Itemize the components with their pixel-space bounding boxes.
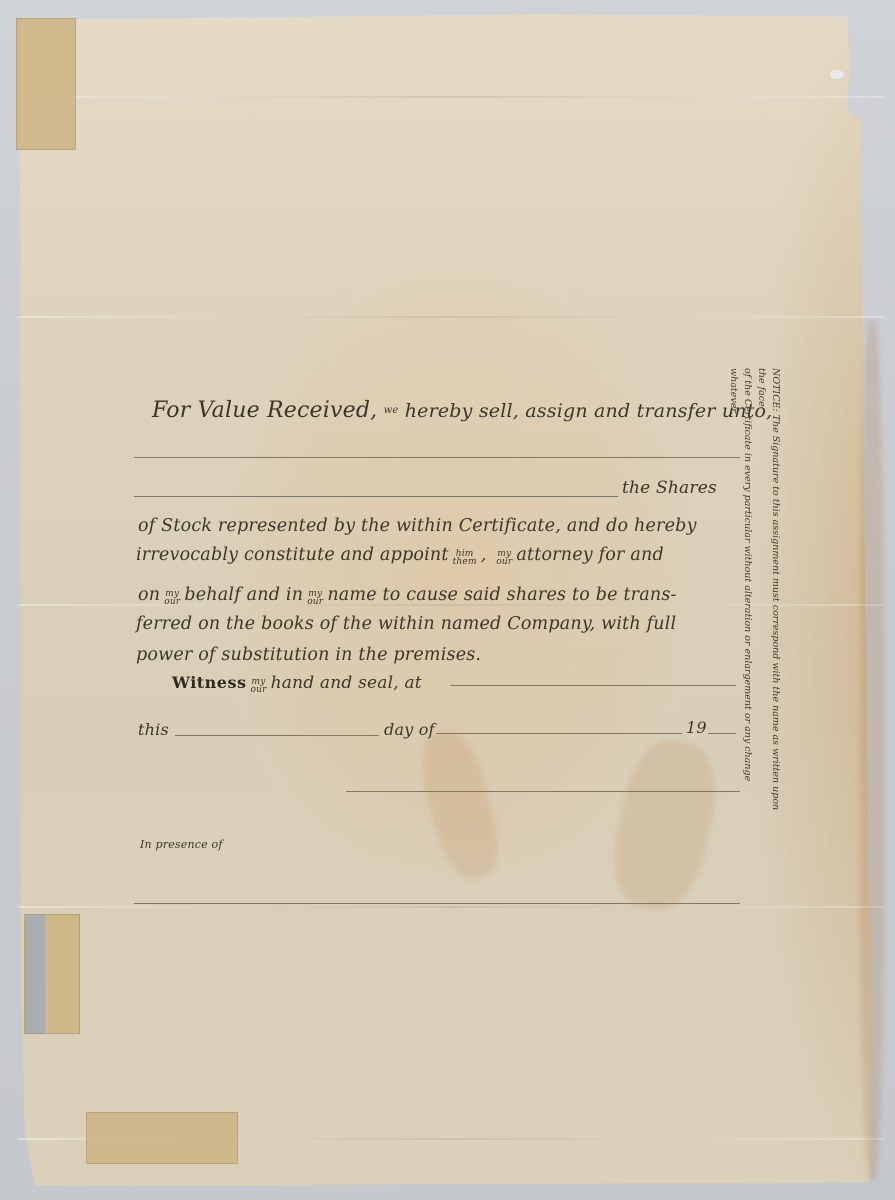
transfer-text: hereby sell, assign and transfer unto <box>405 400 766 422</box>
heading-for-value-received: For Value Received, <box>152 398 377 423</box>
day-line[interactable] <box>175 735 379 736</box>
notice-line-1: NOTICE: The Signature to this assignment… <box>754 368 782 828</box>
pronoun-we: we <box>384 405 399 416</box>
transfer-line-4: irrevocably constitute and appointhimthe… <box>136 545 664 566</box>
transfer-line-5: onmyourbehalf and inmyourname to cause s… <box>138 585 677 606</box>
on-text: on <box>138 585 160 605</box>
tape-strip-top-left <box>16 18 76 150</box>
tape-strip-left <box>24 914 80 1034</box>
paper-hole <box>830 70 844 79</box>
him-them-stack: himthem <box>453 550 477 566</box>
witness-signature-line[interactable] <box>134 903 740 904</box>
witness-row: Witnessmyourhand and seal, at <box>172 673 422 694</box>
my-our-stack: myour <box>250 678 266 694</box>
year-prefix: 19 <box>686 718 707 737</box>
notice-line-2: of the Certificate in every particular w… <box>726 368 754 828</box>
fold-line <box>18 906 884 908</box>
cause-text: name to cause said shares to be trans- <box>327 585 676 605</box>
tape-strip-bottom <box>86 1112 238 1164</box>
transferee-name-line[interactable] <box>134 457 740 458</box>
month-line[interactable] <box>436 733 682 734</box>
signature-line[interactable] <box>346 791 740 792</box>
this-label: this <box>138 720 169 739</box>
transfer-line-6: ferred on the books of the within named … <box>136 614 676 634</box>
the-shares-label: the Shares <box>622 478 717 498</box>
behalf-text: behalf and in <box>184 585 303 605</box>
edge-stain <box>860 320 884 1180</box>
in-presence-of-label: In presence of <box>140 838 223 851</box>
my-our-stack: myour <box>164 590 180 606</box>
fold-line <box>18 316 884 318</box>
day-of-label: day of <box>384 720 435 739</box>
transfer-line-3: of Stock represented by the within Certi… <box>138 516 697 536</box>
appoint-text: irrevocably constitute and appoint <box>136 545 449 565</box>
witness-label: Witness <box>172 673 246 692</box>
attorney-text: attorney for and <box>516 545 664 565</box>
fold-line <box>18 96 884 98</box>
shares-count-line[interactable] <box>134 496 618 497</box>
my-our-stack: myour <box>307 590 323 606</box>
witness-place-line[interactable] <box>450 685 736 686</box>
transfer-line-1: For Value Received, we hereby sell, assi… <box>152 398 772 423</box>
notice-text: NOTICE: The Signature to this assignment… <box>742 368 782 828</box>
transfer-line-7: power of substitution in the premises. <box>136 645 481 665</box>
hand-and-seal-text: hand and seal, at <box>271 673 422 693</box>
my-our-stack: myour <box>496 550 512 566</box>
